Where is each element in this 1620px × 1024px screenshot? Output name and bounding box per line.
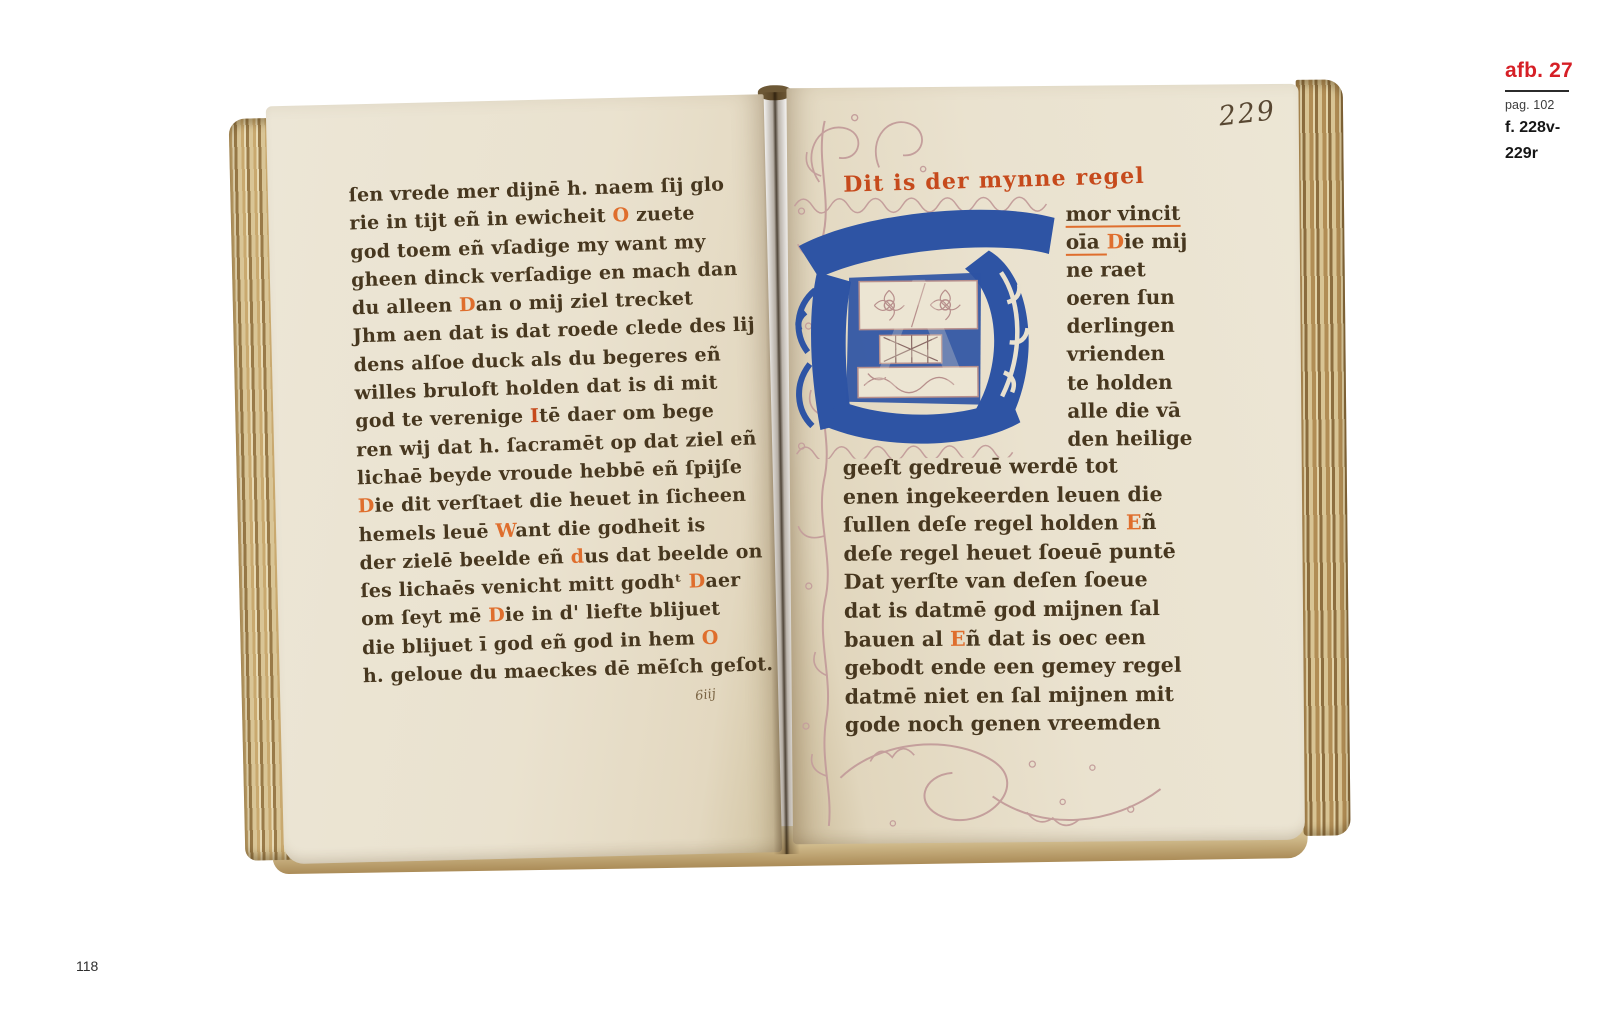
manuscript-text-segment: ie mij: [1124, 229, 1187, 254]
manuscript-text-segment: derlingen: [1066, 313, 1174, 338]
manuscript-text-segment: D: [688, 570, 705, 592]
manuscript-text-segment: mor vincit: [1065, 201, 1180, 228]
manuscript-text-segment: D: [1107, 229, 1125, 253]
figure-label: afb. 27: [1505, 59, 1615, 83]
manuscript-line: geeſt gedreuē werdē tot: [843, 450, 1273, 482]
manuscript-line: gebodt ende een gemey regel: [844, 650, 1274, 682]
manuscript-text-segment: ñ dat is oec een: [966, 625, 1146, 651]
manuscript-text-segment: oīa: [1066, 230, 1107, 256]
penwork-flourish-bottom: [830, 733, 1176, 846]
manuscript-text-segment: aer: [705, 569, 741, 592]
manuscript-line: den heilige: [1067, 423, 1247, 453]
manuscript-text-segment: ie in d' liefte blijuet: [505, 598, 721, 626]
folio-reference-line2: 229r: [1505, 143, 1615, 164]
right-manuscript-page: 229 Dit is der mynne regel: [786, 84, 1305, 844]
manuscript-line: derlingen: [1066, 311, 1246, 341]
initial-letter: A: [864, 251, 977, 426]
right-page-column-text: mor vincitoīa Die mijne raetoeren ſunder…: [1065, 198, 1247, 452]
book-page-number: 118: [76, 958, 98, 974]
handwritten-folio-number: 229: [1217, 95, 1278, 132]
manuscript-text-segment: O: [701, 626, 718, 648]
manuscript-text-segment: Dat yerſte van deſen ſoeue: [844, 568, 1148, 595]
figure-annotation: afb. 27 pag. 102 f. 228v- 229r: [1505, 59, 1615, 164]
manuscript-text-segment: tē daer om bege: [539, 400, 715, 427]
manuscript-text-segment: D: [358, 495, 375, 517]
manuscript-line: ſullen deſe regel holden Eñ: [843, 507, 1273, 539]
catalog-page: afb. 27 pag. 102 f. 228v- 229r ſen vrede…: [0, 0, 1620, 1024]
manuscript-text-segment: god te verenige: [355, 406, 530, 433]
quire-mark: 6iij: [694, 687, 716, 705]
manuscript-line: deſe regel heuet ſoeuē puntē: [843, 536, 1273, 568]
manuscript-text-segment: du alleen: [352, 294, 460, 319]
left-page-text: ſen vrede mer dijnē h. naem ſij glorie i…: [348, 169, 775, 690]
manuscript-text-segment: om ſeyt mē: [361, 605, 489, 631]
manuscript-text-segment: enen ingekeerden leuen die: [843, 482, 1163, 509]
folio-reference-line1: f. 228v-: [1505, 117, 1615, 138]
manuscript-text-segment: zuete: [629, 203, 695, 227]
manuscript-text-segment: D: [488, 604, 505, 626]
manuscript-text-segment: dat is datmē god mijnen ſal: [844, 596, 1160, 623]
manuscript-text-segment: E: [1126, 510, 1142, 534]
manuscript-text-segment: ñ: [1141, 510, 1156, 534]
manuscript-text-segment: geeſt gedreuē werdē tot: [843, 453, 1118, 479]
manuscript-text-segment: ant die godheit is: [515, 514, 706, 542]
manuscript-line: oeren ſun: [1066, 283, 1246, 313]
manuscript-line: dat is datmē god mijnen ſal: [844, 593, 1274, 625]
illuminated-initial: A: [792, 192, 1064, 459]
manuscript-line: datmē niet en ſal mijnen mit: [845, 679, 1275, 711]
manuscript-text-segment: vrienden: [1067, 341, 1165, 366]
manuscript-line: mor vincit: [1065, 198, 1245, 228]
manuscript-line: ne raet: [1066, 254, 1246, 284]
manuscript-text-segment: W: [495, 519, 516, 542]
manuscript-line: oīa Die mij: [1066, 226, 1246, 256]
manuscript-text-segment: bauen al: [844, 626, 950, 651]
manuscript-line: Dat yerſte van deſen ſoeue: [844, 564, 1274, 596]
page-reference: pag. 102: [1505, 98, 1615, 112]
manuscript-text-segment: us dat beelde on: [584, 540, 763, 567]
manuscript-text-segment: den heilige: [1067, 425, 1192, 450]
manuscript-text-segment: der zielē beelde eñ: [359, 546, 571, 574]
manuscript-line: alle die vā: [1067, 395, 1247, 425]
manuscript-text-segment: ſullen deſe regel holden: [843, 511, 1126, 537]
manuscript-line: te holden: [1067, 367, 1247, 397]
manuscript-text-segment: gebodt ende een gemey regel: [844, 653, 1181, 680]
manuscript-line: bauen al Eñ dat is oec een: [844, 622, 1274, 654]
manuscript-text-segment: te holden: [1067, 369, 1173, 394]
manuscript-line: vrienden: [1067, 339, 1247, 369]
manuscript-text-segment: an o mij ziel trecket: [475, 288, 693, 316]
left-manuscript-page: ſen vrede mer dijnē h. naem ſij glorie i…: [266, 94, 782, 864]
manuscript-photo: ſen vrede mer dijnē h. naem ſij glorie i…: [231, 79, 1353, 888]
annotation-rule: [1505, 90, 1569, 92]
manuscript-text-segment: datmē niet en ſal mijnen mit: [845, 682, 1174, 709]
manuscript-line: enen ingekeerden leuen die: [843, 479, 1273, 511]
manuscript-text-segment: O: [612, 204, 629, 226]
manuscript-text-segment: alle die vā: [1067, 397, 1181, 422]
right-page-text: geeſt gedreuē werdē totenen ingekeerden …: [843, 450, 1275, 740]
manuscript-text-segment: oeren ſun: [1066, 285, 1175, 310]
manuscript-text-segment: E: [950, 626, 966, 650]
manuscript-text-segment: D: [459, 294, 476, 316]
manuscript-text-segment: rie in tijt eñ in ewicheit: [349, 205, 613, 235]
manuscript-text-segment: deſe regel heuet ſoeuē puntē: [843, 539, 1175, 566]
manuscript-text-segment: ne raet: [1066, 257, 1146, 282]
manuscript-text-segment: d: [570, 546, 584, 568]
manuscript-text-segment: hemels leuē: [358, 520, 495, 546]
